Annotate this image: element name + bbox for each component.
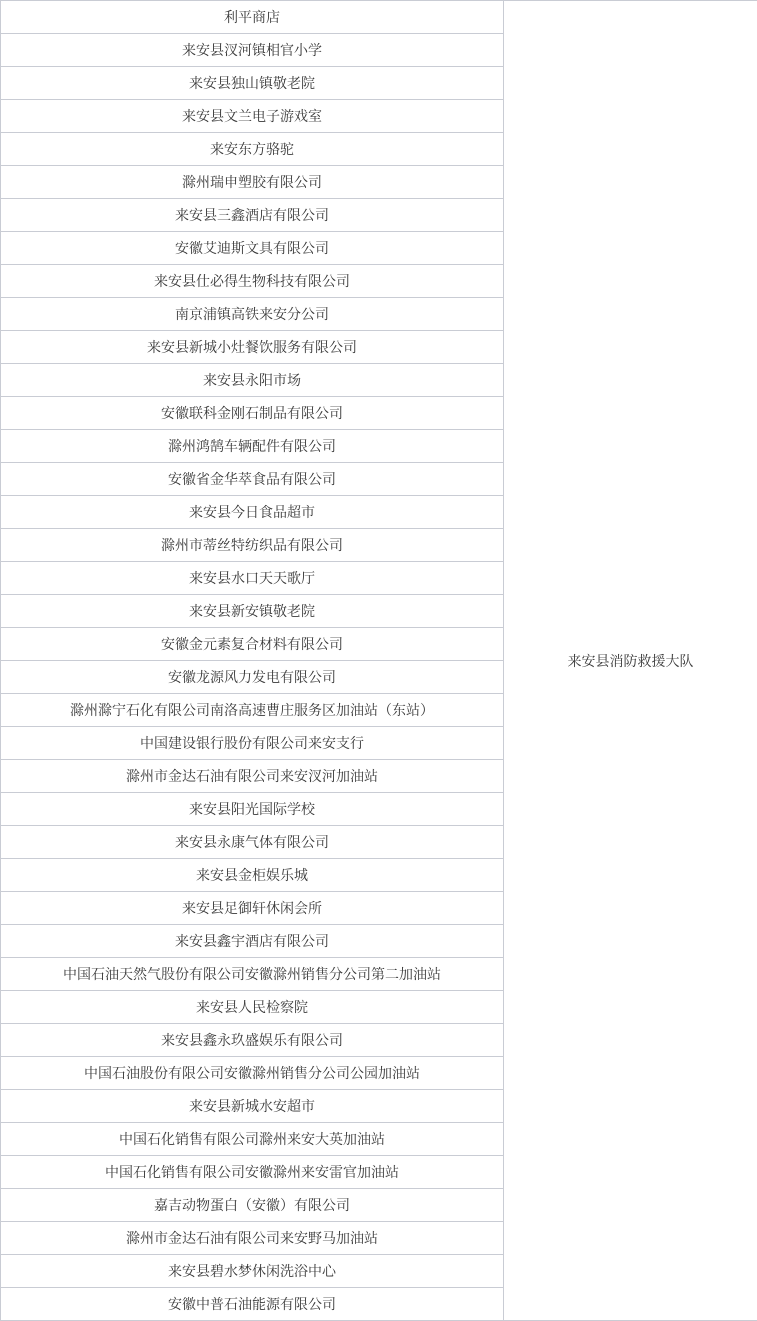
company-name-cell: 来安县碧水梦休闲洗浴中心 [1, 1255, 504, 1288]
company-name-cell: 来安县阳光国际学校 [1, 793, 504, 826]
company-name-cell: 来安县鑫永玖盛娱乐有限公司 [1, 1024, 504, 1057]
company-name-cell: 来安东方骆驼 [1, 133, 504, 166]
company-name-cell: 来安县新城小灶餐饮服务有限公司 [1, 331, 504, 364]
company-name-cell: 来安县仕必得生物科技有限公司 [1, 265, 504, 298]
company-name-cell: 来安县人民检察院 [1, 991, 504, 1024]
company-name-cell: 来安县独山镇敬老院 [1, 67, 504, 100]
company-name-cell: 利平商店 [1, 1, 504, 34]
company-name-cell: 来安县鑫宇酒店有限公司 [1, 925, 504, 958]
company-name-cell: 来安县永阳市场 [1, 364, 504, 397]
company-table-body: 利平商店来安县消防救援大队来安县汊河镇相官小学来安县独山镇敬老院来安县文兰电子游… [1, 1, 757, 1321]
company-name-cell: 滁州滁宁石化有限公司南洛高速曹庄服务区加油站（东站） [1, 694, 504, 727]
merged-organization-cell: 来安县消防救援大队 [504, 1, 757, 1321]
company-name-cell: 滁州市蒂丝特纺织品有限公司 [1, 529, 504, 562]
company-name-cell: 滁州瑞申塑胶有限公司 [1, 166, 504, 199]
company-name-cell: 中国建设银行股份有限公司来安支行 [1, 727, 504, 760]
company-name-cell: 来安县水口天天歌厅 [1, 562, 504, 595]
company-name-cell: 滁州市金达石油有限公司来安野马加油站 [1, 1222, 504, 1255]
company-name-cell: 中国石油天然气股份有限公司安徽滁州销售分公司第二加油站 [1, 958, 504, 991]
company-name-cell: 滁州鸿鹄车辆配件有限公司 [1, 430, 504, 463]
company-name-cell: 安徽省金华萃食品有限公司 [1, 463, 504, 496]
company-name-cell: 南京浦镇高铁来安分公司 [1, 298, 504, 331]
table-sheet: 利平商店来安县消防救援大队来安县汊河镇相官小学来安县独山镇敬老院来安县文兰电子游… [0, 0, 757, 1321]
company-name-cell: 来安县文兰电子游戏室 [1, 100, 504, 133]
company-name-cell: 安徽金元素复合材料有限公司 [1, 628, 504, 661]
company-name-cell: 来安县三鑫酒店有限公司 [1, 199, 504, 232]
company-name-cell: 来安县新安镇敬老院 [1, 595, 504, 628]
company-name-cell: 嘉吉动物蛋白（安徽）有限公司 [1, 1189, 504, 1222]
company-name-cell: 中国石油股份有限公司安徽滁州销售分公司公园加油站 [1, 1057, 504, 1090]
company-name-cell: 来安县足御轩休闲会所 [1, 892, 504, 925]
company-name-cell: 来安县永康气体有限公司 [1, 826, 504, 859]
company-table: 利平商店来安县消防救援大队来安县汊河镇相官小学来安县独山镇敬老院来安县文兰电子游… [0, 0, 757, 1321]
company-name-cell: 安徽艾迪斯文具有限公司 [1, 232, 504, 265]
company-name-cell: 来安县新城水安超市 [1, 1090, 504, 1123]
company-name-cell: 中国石化销售有限公司滁州来安大英加油站 [1, 1123, 504, 1156]
table-row: 利平商店来安县消防救援大队 [1, 1, 757, 34]
company-name-cell: 滁州市金达石油有限公司来安汊河加油站 [1, 760, 504, 793]
company-name-cell: 安徽中普石油能源有限公司 [1, 1288, 504, 1321]
company-name-cell: 来安县今日食品超市 [1, 496, 504, 529]
company-name-cell: 来安县金柜娱乐城 [1, 859, 504, 892]
company-name-cell: 安徽龙源风力发电有限公司 [1, 661, 504, 694]
company-name-cell: 中国石化销售有限公司安徽滁州来安雷官加油站 [1, 1156, 504, 1189]
company-name-cell: 来安县汊河镇相官小学 [1, 34, 504, 67]
company-name-cell: 安徽联科金刚石制品有限公司 [1, 397, 504, 430]
